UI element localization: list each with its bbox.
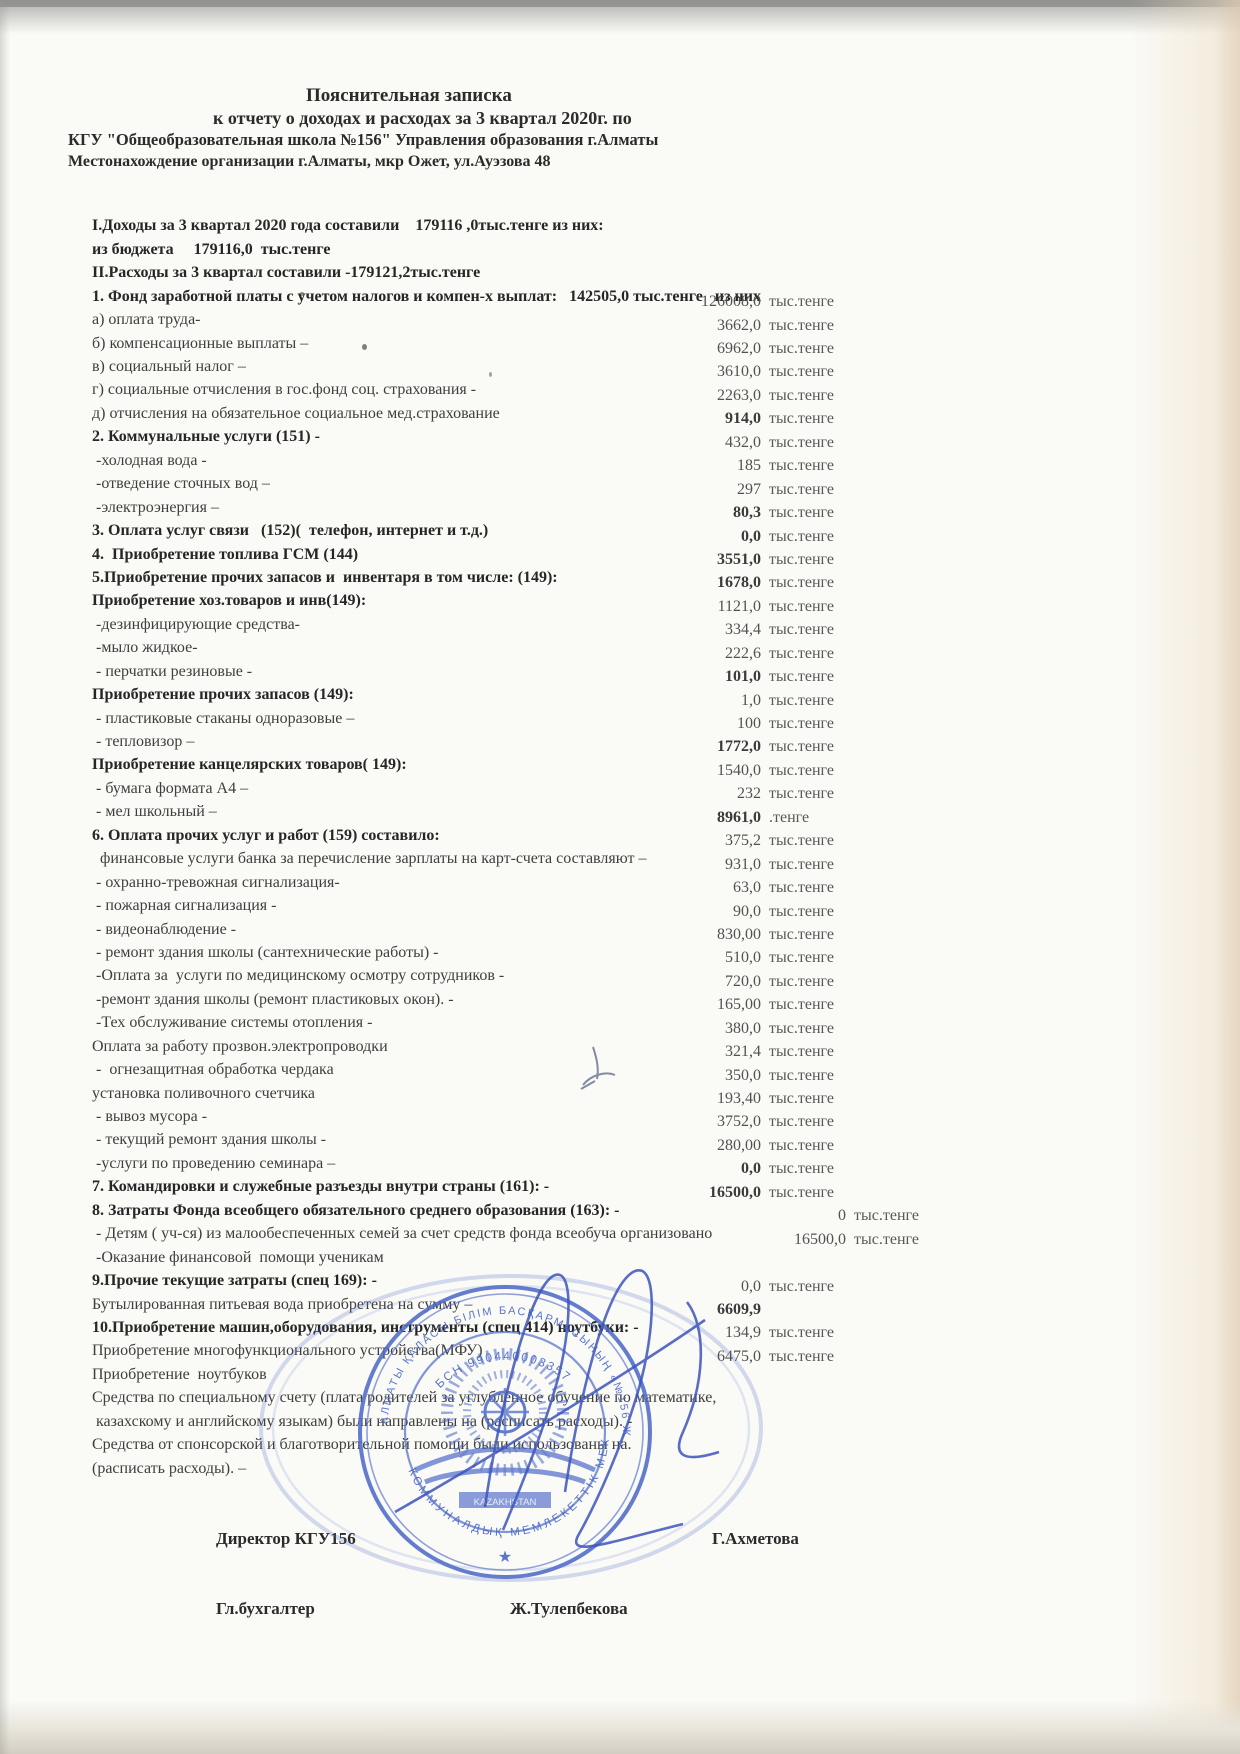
report-line: - бумага формата А4 – 1540,0 тыс.тенге <box>68 762 1178 785</box>
line-unit: тыс.тенге <box>769 926 834 944</box>
report-line: Средства от спонсорской и благотворитель… <box>68 1418 1178 1441</box>
line-unit: тыс.тенге <box>854 1231 919 1249</box>
report-line: -отведение сточных вод – 185 тыс.тенге <box>68 457 1178 480</box>
line-value: 931,0 <box>643 856 761 874</box>
line-unit: тыс.тенге <box>769 832 834 850</box>
line-value: 1540,0 <box>643 762 761 780</box>
document-header: Пояснительная записка к отчету о доходах… <box>68 0 1178 175</box>
line-value: 1121,0 <box>643 598 761 616</box>
signature-name: Ж.Тулепбекова <box>510 1599 628 1619</box>
line-unit: тыс.тенге <box>769 996 834 1014</box>
signature-row-director: Директор КГУ156 Г.Ахметова <box>68 1529 1178 1553</box>
report-line: - огнезащитная обработка чердака 321,4 т… <box>68 1043 1178 1066</box>
report-line: Приобретение ноутбуков 6475,0 тыс.тенге <box>68 1348 1178 1371</box>
line-unit: тыс.тенге <box>769 738 834 756</box>
line-unit: тыс.тенге <box>769 1278 834 1296</box>
line-value: 380,0 <box>643 1020 761 1038</box>
report-line: а) оплата труда- 126008,0 тыс.тенге <box>68 293 1178 316</box>
line-value: 0 <box>728 1207 846 1225</box>
report-line: - ремонт здания школы (сантехнические ра… <box>68 926 1178 949</box>
line-value: 185 <box>643 457 761 475</box>
report-line: - видеонаблюдение - 90,0 тыс.тенге <box>68 903 1178 926</box>
report-line: г) социальные отчисления в гос.фонд соц.… <box>68 363 1178 386</box>
line-value: 3610,0 <box>643 363 761 381</box>
line-value: 101,0 <box>643 668 761 686</box>
line-unit: тыс.тенге <box>769 340 834 358</box>
line-unit: тыс.тенге <box>769 1067 834 1085</box>
report-line: I.Доходы за 3 квартал 2020 года составил… <box>68 199 1178 222</box>
report-line: Приобретение хоз.товаров и инв(149): 167… <box>68 574 1178 597</box>
report-line: Приобретение многофункционального устрой… <box>68 1324 1178 1347</box>
report-line: - тепловизор – 100 тыс.тенге <box>68 715 1178 738</box>
report-line: -Оказание финансовой помощи ученикам 165… <box>68 1231 1178 1254</box>
line-value: 90,0 <box>643 903 761 921</box>
report-line: финансовые услуги банка за перечисление … <box>68 832 1178 855</box>
line-value: 126008,0 <box>643 293 761 311</box>
line-unit: .тенге <box>769 809 809 827</box>
organization-location: Местонахождение организации г.Алматы, мк… <box>68 153 1178 176</box>
line-unit: тыс.тенге <box>769 387 834 405</box>
line-value: 297 <box>643 481 761 499</box>
report-line: из бюджета 179116,0 тыс.тенге <box>68 223 1178 246</box>
signature-row-accountant: Гл.бухгалтер Ж.Тулепбекова <box>68 1599 1178 1623</box>
line-unit: тыс.тенге <box>769 949 834 967</box>
line-unit: тыс.тенге <box>769 504 834 522</box>
report-line: II.Расходы за 3 квартал составили -17912… <box>68 246 1178 269</box>
line-value: 0,0 <box>643 1160 761 1178</box>
line-value: 8961,0 <box>643 809 761 827</box>
report-line: -электроэнергия – 297 тыс.тенге <box>68 481 1178 504</box>
line-value: 134,9 <box>643 1324 761 1342</box>
report-line: 9.Прочие текущие затраты (спец 169): - <box>68 1254 1178 1277</box>
report-line: -ремонт здания школы (ремонт пластиковых… <box>68 973 1178 996</box>
line-unit: тыс.тенге <box>769 1160 834 1178</box>
organization-name: КГУ "Общеобразовательная школа №156" Упр… <box>68 130 1178 153</box>
line-value: 222,6 <box>643 645 761 663</box>
line-unit: тыс.тенге <box>769 481 834 499</box>
line-unit: тыс.тенге <box>769 879 834 897</box>
line-unit: тыс.тенге <box>769 434 834 452</box>
line-value: 3752,0 <box>643 1113 761 1131</box>
line-unit: тыс.тенге <box>769 1137 834 1155</box>
line-value: 1772,0 <box>643 738 761 756</box>
line-value: 80,3 <box>643 504 761 522</box>
report-line: 7. Командировки и служебные разъезды вну… <box>68 1160 1178 1183</box>
report-line: б) компенсационные выплаты – 3662,0 тыс.… <box>68 317 1178 340</box>
line-unit: тыс.тенге <box>769 973 834 991</box>
report-line: 5.Приобретение прочих запасов и инвентар… <box>68 551 1178 574</box>
line-unit: тыс.тенге <box>769 715 834 733</box>
report-line: -услуги по проведению семинара – 280,00 … <box>68 1137 1178 1160</box>
line-value: 0,0 <box>643 528 761 546</box>
line-value: 3662,0 <box>643 317 761 335</box>
signature-name: Г.Ахметова <box>712 1529 799 1549</box>
line-value: 1,0 <box>643 692 761 710</box>
line-value: 193,40 <box>643 1090 761 1108</box>
line-value: 0,0 <box>643 1278 761 1296</box>
line-unit: тыс.тенге <box>769 1020 834 1038</box>
report-line: Приобретение прочих запасов (149): 101,0… <box>68 668 1178 691</box>
line-value: 432,0 <box>643 434 761 452</box>
line-unit: тыс.тенге <box>769 668 834 686</box>
line-value: 720,0 <box>643 973 761 991</box>
line-unit: тыс.тенге <box>769 410 834 428</box>
line-value: 334,4 <box>643 621 761 639</box>
line-unit: тыс.тенге <box>769 621 834 639</box>
report-line: - Детям ( уч-ся) из малообеспеченных сем… <box>68 1207 1178 1230</box>
report-lines: I.Доходы за 3 квартал 2020 года составил… <box>68 199 1178 1465</box>
line-unit: тыс.тенге <box>769 762 834 780</box>
report-line: - вывоз мусора - 193,40 тыс.тенге <box>68 1090 1178 1113</box>
line-value: 830,00 <box>643 926 761 944</box>
line-unit: тыс.тенге <box>769 785 834 803</box>
line-unit: тыс.тенге <box>854 1207 919 1225</box>
line-unit: тыс.тенге <box>769 363 834 381</box>
report-line: -холодная вода - 432,0 тыс.тенге <box>68 434 1178 457</box>
report-line: - охранно-тревожная сигнализация- 931,0 … <box>68 856 1178 879</box>
line-unit: тыс.тенге <box>769 645 834 663</box>
line-value: 350,0 <box>643 1067 761 1085</box>
line-unit: тыс.тенге <box>769 1043 834 1061</box>
document-title: Пояснительная записка <box>306 85 1178 108</box>
line-value: 280,00 <box>643 1137 761 1155</box>
line-unit: тыс.тенге <box>769 1324 834 1342</box>
report-line: - перчатки резиновые - 222,6 тыс.тенге <box>68 645 1178 668</box>
report-line: - пластиковые стаканы одноразовые – 1,0 … <box>68 692 1178 715</box>
document-subtitle: к отчету о доходах и расходах за 3 кварт… <box>213 108 1178 131</box>
report-line: Бутылированная питьевая вода приобретена… <box>68 1278 1178 1301</box>
line-value: 375,2 <box>643 832 761 850</box>
line-unit: тыс.тенге <box>769 1090 834 1108</box>
line-unit: тыс.тенге <box>769 528 834 546</box>
document-page: Пояснительная записка к отчету о доходах… <box>0 0 1240 1754</box>
scan-left-edge <box>0 0 10 1754</box>
report-line: Оплата за работу прозвон.электропроводки… <box>68 1020 1178 1043</box>
line-value: 100 <box>643 715 761 733</box>
report-line: 10.Приобретение машин,оборудования, инст… <box>68 1301 1178 1324</box>
report-line: -Оплата за услуги по медицинскому осмотр… <box>68 949 1178 972</box>
line-unit: тыс.тенге <box>769 1184 834 1202</box>
report-line: -Тех обслуживание системы отопления - 16… <box>68 996 1178 1019</box>
line-value: 321,4 <box>643 1043 761 1061</box>
line-value: 3551,0 <box>643 551 761 569</box>
report-line: -дезинфицирующие средства- 1121,0 тыс.те… <box>68 598 1178 621</box>
line-unit: тыс.тенге <box>769 1348 834 1366</box>
line-unit: тыс.тенге <box>769 574 834 592</box>
line-unit: тыс.тенге <box>769 598 834 616</box>
report-line: Приобретение канцелярских товаров( 149):… <box>68 738 1178 761</box>
line-unit: тыс.тенге <box>769 903 834 921</box>
report-line: 8. Затраты Фонда всеобщего обязательного… <box>68 1184 1178 1207</box>
line-value: 165,00 <box>643 996 761 1014</box>
report-line: Средства по специальному счету (плата ро… <box>68 1371 1178 1394</box>
line-value: 510,0 <box>643 949 761 967</box>
line-value: 6475,0 <box>643 1348 761 1366</box>
line-unit: тыс.тенге <box>769 317 834 335</box>
line-value: 2263,0 <box>643 387 761 405</box>
line-unit: тыс.тенге <box>769 551 834 569</box>
report-line: -мыло жидкое- 334,4 тыс.тенге <box>68 621 1178 644</box>
document-content: Пояснительная записка к отчету о доходах… <box>68 0 1178 1623</box>
line-value: 232 <box>643 785 761 803</box>
line-unit: тыс.тенге <box>769 692 834 710</box>
line-value: 6962,0 <box>643 340 761 358</box>
line-unit: тыс.тенге <box>769 1113 834 1131</box>
report-line: - текущий ремонт здания школы - 3752,0 т… <box>68 1113 1178 1136</box>
line-value: 914,0 <box>643 410 761 428</box>
report-line: - мел школьный – 232 тыс.тенге <box>68 785 1178 808</box>
report-line: 4. Приобретение топлива ГСМ (144) 0,0 ты… <box>68 528 1178 551</box>
report-line: казахскому и английскому языкам) были на… <box>68 1395 1178 1418</box>
report-line: 3. Оплата услуг связи (152)( телефон, ин… <box>68 504 1178 527</box>
report-line: 6. Оплата прочих услуг и работ (159) сос… <box>68 809 1178 832</box>
line-value: 1678,0 <box>643 574 761 592</box>
report-line: установка поливочного счетчика 350,0 тыс… <box>68 1067 1178 1090</box>
scan-right-edge-tint <box>1214 0 1240 1754</box>
report-line: 2. Коммунальные услуги (151) - 914,0 тыс… <box>68 410 1178 433</box>
line-value: 16500,0 <box>643 1184 761 1202</box>
report-line: д) отчисления на обязательное социальное… <box>68 387 1178 410</box>
signature-role: Директор КГУ156 <box>216 1529 356 1549</box>
line-value: 63,0 <box>643 879 761 897</box>
report-line: - пожарная сигнализация - 63,0 тыс.тенге <box>68 879 1178 902</box>
scan-bottom-band <box>0 1700 1240 1754</box>
signature-role: Гл.бухгалтер <box>216 1599 315 1619</box>
report-line: в) социальный налог – 6962,0 тыс.тенге <box>68 340 1178 363</box>
line-unit: тыс.тенге <box>769 457 834 475</box>
line-label: (расписать расходы). – <box>92 1460 250 1478</box>
line-value: 6609,9 <box>643 1301 761 1319</box>
line-unit: тыс.тенге <box>769 856 834 874</box>
report-line: (расписать расходы). – <box>68 1442 1178 1465</box>
line-unit: тыс.тенге <box>769 293 834 311</box>
report-line: 1. Фонд заработной платы с учетом налого… <box>68 270 1178 293</box>
line-value: 16500,0 <box>728 1231 846 1249</box>
